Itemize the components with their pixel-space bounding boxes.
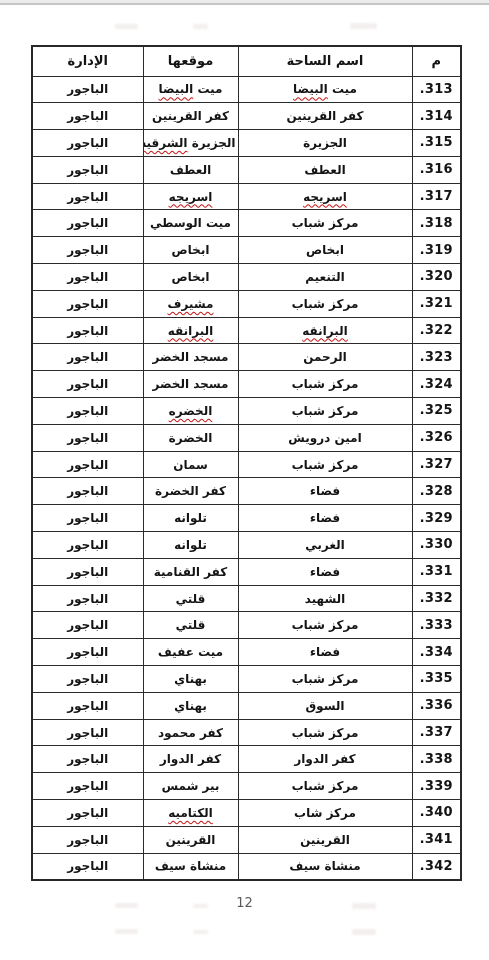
cell-serial: .314 xyxy=(412,103,461,130)
cell-name: البرانقه xyxy=(238,317,412,344)
cell-admin: الباجور xyxy=(32,290,143,317)
cell-name: فضاء xyxy=(238,505,412,532)
misspelled-word: الخضره xyxy=(169,404,213,418)
cell-location: البرانقه xyxy=(143,317,238,344)
cell-name: مركز شباب xyxy=(238,398,412,425)
table-row: .332الشهيدقلتيالباجور xyxy=(32,585,461,612)
bleed-through-ghost xyxy=(193,930,208,934)
cell-serial: .341 xyxy=(412,826,461,853)
cell-location: منشاة سيف xyxy=(143,853,238,880)
cell-serial: .342 xyxy=(412,853,461,880)
cell-location: كفر الخضرة xyxy=(143,478,238,505)
cell-name: مركز شباب xyxy=(238,210,412,237)
cell-location: تلوانه xyxy=(143,505,238,532)
cell-admin: الباجور xyxy=(32,853,143,880)
misspelled-word: البرانقه xyxy=(302,324,348,338)
table-row: .331فضاءكفر القناميةالباجور xyxy=(32,558,461,585)
table-body: .313ميت البيضاميت البيضاالباجور.314كفر ا… xyxy=(32,76,461,880)
cell-name: كفر القرينين xyxy=(238,103,412,130)
cell-location: الجزيرة الشرقيه xyxy=(143,130,238,157)
cell-name: فضاء xyxy=(238,639,412,666)
table-row: .325مركز شبابالخضرهالباجور xyxy=(32,398,461,425)
page-separator-bar xyxy=(0,0,489,5)
cell-location: ميت الوسطي xyxy=(143,210,238,237)
table-row: .313ميت البيضاميت البيضاالباجور xyxy=(32,76,461,103)
table-row: .318مركز شبابميت الوسطيالباجور xyxy=(32,210,461,237)
cell-admin: الباجور xyxy=(32,76,143,103)
cell-location: العطف xyxy=(143,156,238,183)
table-row: .339مركز شباببير شمسالباجور xyxy=(32,773,461,800)
bleed-through-ghost xyxy=(350,23,377,29)
document-page: { "page": { "number_label": "12" }, "tab… xyxy=(0,0,489,960)
table-row: .319ابخاصابخاصالباجور xyxy=(32,237,461,264)
cell-name: ميت البيضا xyxy=(238,76,412,103)
table-row: .327مركز شبابسمانالباجور xyxy=(32,451,461,478)
cell-location: كفر القرينين xyxy=(143,103,238,130)
table-row: .317اسريجهاسريجهالباجور xyxy=(32,183,461,210)
cell-location: قلتي xyxy=(143,612,238,639)
bleed-through-ghost xyxy=(115,24,138,29)
page-number: 12 xyxy=(0,896,489,911)
cell-serial: .326 xyxy=(412,424,461,451)
cell-admin: الباجور xyxy=(32,719,143,746)
cell-name: الغربي xyxy=(238,532,412,559)
cell-location: اسريجه xyxy=(143,183,238,210)
table-row: .320التنعيمابخاصالباجور xyxy=(32,264,461,291)
cell-location: كفر محمود xyxy=(143,719,238,746)
bleed-through-ghost xyxy=(193,24,208,29)
cell-serial: .334 xyxy=(412,639,461,666)
cell-location: ابخاص xyxy=(143,237,238,264)
cell-admin: الباجور xyxy=(32,183,143,210)
cell-serial: .333 xyxy=(412,612,461,639)
cell-name: مركز شباب xyxy=(238,666,412,693)
table-row: .335مركز شباببهنايالباجور xyxy=(32,666,461,693)
cell-location: كفر الدوار xyxy=(143,746,238,773)
cell-location: بهناي xyxy=(143,692,238,719)
cell-admin: الباجور xyxy=(32,237,143,264)
venues-table: م اسم الساحة موقعها الإدارة .313ميت البي… xyxy=(31,45,462,881)
misspelled-word: البيضا xyxy=(159,82,194,96)
cell-name: فضاء xyxy=(238,558,412,585)
cell-location: بير شمس xyxy=(143,773,238,800)
cell-name: كفر الدوار xyxy=(238,746,412,773)
cell-location: مسجد الخضر xyxy=(143,344,238,371)
header-cell-serial: م xyxy=(412,46,461,76)
cell-name: مركز شباب xyxy=(238,371,412,398)
cell-name: مركز شباب xyxy=(238,612,412,639)
cell-serial: .317 xyxy=(412,183,461,210)
table-row: .341القرينينالقرينينالباجور xyxy=(32,826,461,853)
cell-name: ابخاص xyxy=(238,237,412,264)
cell-admin: الباجور xyxy=(32,478,143,505)
cell-location: مسجد الخضر xyxy=(143,371,238,398)
cell-serial: .327 xyxy=(412,451,461,478)
table-row: .324مركز شبابمسجد الخضرالباجور xyxy=(32,371,461,398)
table-row: .336السوقبهنايالباجور xyxy=(32,692,461,719)
cell-admin: الباجور xyxy=(32,666,143,693)
table-row: .326امين درويشالخضرةالباجور xyxy=(32,424,461,451)
cell-admin: الباجور xyxy=(32,398,143,425)
cell-admin: الباجور xyxy=(32,505,143,532)
cell-admin: الباجور xyxy=(32,532,143,559)
cell-name: مركز شباب xyxy=(238,290,412,317)
table-row: .337مركز شبابكفر محمودالباجور xyxy=(32,719,461,746)
cell-location: مشيرف xyxy=(143,290,238,317)
cell-serial: .337 xyxy=(412,719,461,746)
cell-name: اسريجه xyxy=(238,183,412,210)
cell-serial: .313 xyxy=(412,76,461,103)
bleed-through-ghost xyxy=(352,929,376,935)
cell-name: مركز شباب xyxy=(238,719,412,746)
header-cell-name: اسم الساحة xyxy=(238,46,412,76)
cell-admin: الباجور xyxy=(32,585,143,612)
cell-location: ميت عفيف xyxy=(143,639,238,666)
word: ميت xyxy=(193,82,222,96)
cell-admin: الباجور xyxy=(32,612,143,639)
cell-serial: .321 xyxy=(412,290,461,317)
cell-location: الكتاميه xyxy=(143,800,238,827)
cell-location: ميت البيضا xyxy=(143,76,238,103)
cell-serial: .315 xyxy=(412,130,461,157)
word: ميت xyxy=(328,82,357,96)
cell-serial: .325 xyxy=(412,398,461,425)
cell-name: العطف xyxy=(238,156,412,183)
table-row: .334فضاءميت عفيفالباجور xyxy=(32,639,461,666)
bleed-through-ghost xyxy=(115,929,138,934)
table-row: .340مركز شابالكتاميهالباجور xyxy=(32,800,461,827)
table-row: .338كفر الدواركفر الدوارالباجور xyxy=(32,746,461,773)
cell-location: قلتي xyxy=(143,585,238,612)
table-row: .321مركز شبابمشيرفالباجور xyxy=(32,290,461,317)
cell-serial: .322 xyxy=(412,317,461,344)
table-row: .328فضاءكفر الخضرةالباجور xyxy=(32,478,461,505)
cell-admin: الباجور xyxy=(32,826,143,853)
cell-admin: الباجور xyxy=(32,773,143,800)
cell-name: فضاء xyxy=(238,478,412,505)
cell-name: مركز شاب xyxy=(238,800,412,827)
cell-serial: .331 xyxy=(412,558,461,585)
header-cell-location: موقعها xyxy=(143,46,238,76)
misspelled-word: اسريجه xyxy=(169,190,213,204)
cell-admin: الباجور xyxy=(32,210,143,237)
cell-serial: .324 xyxy=(412,371,461,398)
cell-location: بهناي xyxy=(143,666,238,693)
table-row: .322البرانقهالبرانقهالباجور xyxy=(32,317,461,344)
cell-name: الشهيد xyxy=(238,585,412,612)
cell-name: السوق xyxy=(238,692,412,719)
cell-admin: الباجور xyxy=(32,371,143,398)
cell-name: الجزيرة xyxy=(238,130,412,157)
cell-admin: الباجور xyxy=(32,130,143,157)
cell-serial: .336 xyxy=(412,692,461,719)
misspelled-word: مشيرف xyxy=(168,297,214,311)
cell-admin: الباجور xyxy=(32,746,143,773)
cell-serial: .318 xyxy=(412,210,461,237)
cell-serial: .338 xyxy=(412,746,461,773)
cell-admin: الباجور xyxy=(32,639,143,666)
cell-name: مركز شباب xyxy=(238,451,412,478)
cell-name: منشاة سيف xyxy=(238,853,412,880)
cell-serial: .316 xyxy=(412,156,461,183)
table-row: .342منشاة سيفمنشاة سيفالباجور xyxy=(32,853,461,880)
cell-serial: .339 xyxy=(412,773,461,800)
cell-serial: .323 xyxy=(412,344,461,371)
cell-name: التنعيم xyxy=(238,264,412,291)
cell-admin: الباجور xyxy=(32,451,143,478)
cell-location: ابخاص xyxy=(143,264,238,291)
misspelled-word: البيضا xyxy=(293,82,328,96)
cell-admin: الباجور xyxy=(32,558,143,585)
cell-admin: الباجور xyxy=(32,344,143,371)
cell-location: الخضره xyxy=(143,398,238,425)
cell-location: القرينين xyxy=(143,826,238,853)
cell-serial: .332 xyxy=(412,585,461,612)
misspelled-word: الكتاميه xyxy=(168,806,213,820)
cell-serial: .319 xyxy=(412,237,461,264)
cell-name: مركز شباب xyxy=(238,773,412,800)
cell-admin: الباجور xyxy=(32,156,143,183)
table-row: .323الرحمنمسجد الخضرالباجور xyxy=(32,344,461,371)
cell-name: الرحمن xyxy=(238,344,412,371)
cell-serial: .329 xyxy=(412,505,461,532)
cell-admin: الباجور xyxy=(32,264,143,291)
table-row: .333مركز شبابقلتيالباجور xyxy=(32,612,461,639)
cell-serial: .328 xyxy=(412,478,461,505)
header-row: م اسم الساحة موقعها الإدارة xyxy=(32,46,461,76)
cell-location: الخضرة xyxy=(143,424,238,451)
cell-name: القرينين xyxy=(238,826,412,853)
table-row: .314كفر القرينينكفر القرينينالباجور xyxy=(32,103,461,130)
cell-admin: الباجور xyxy=(32,692,143,719)
cell-admin: الباجور xyxy=(32,800,143,827)
cell-serial: .330 xyxy=(412,532,461,559)
cell-admin: الباجور xyxy=(32,317,143,344)
cell-location: كفر القنامية xyxy=(143,558,238,585)
cell-admin: الباجور xyxy=(32,424,143,451)
misspelled-word: اسريجه xyxy=(303,190,347,204)
table-row: .330الغربيتلوانهالباجور xyxy=(32,532,461,559)
cell-admin: الباجور xyxy=(32,103,143,130)
cell-serial: .335 xyxy=(412,666,461,693)
word: الجزيرة xyxy=(188,136,236,150)
cell-location: تلوانه xyxy=(143,532,238,559)
misspelled-word: البرانقه xyxy=(168,324,214,338)
table-row: .315الجزيرةالجزيرة الشرقيهالباجور xyxy=(32,130,461,157)
table-row: .316العطفالعطفالباجور xyxy=(32,156,461,183)
cell-serial: .340 xyxy=(412,800,461,827)
header-cell-admin: الإدارة xyxy=(32,46,143,76)
misspelled-word: الشرقيه xyxy=(143,136,188,150)
cell-name: امين درويش xyxy=(238,424,412,451)
cell-location: سمان xyxy=(143,451,238,478)
cell-serial: .320 xyxy=(412,264,461,291)
table-row: .329فضاءتلوانهالباجور xyxy=(32,505,461,532)
